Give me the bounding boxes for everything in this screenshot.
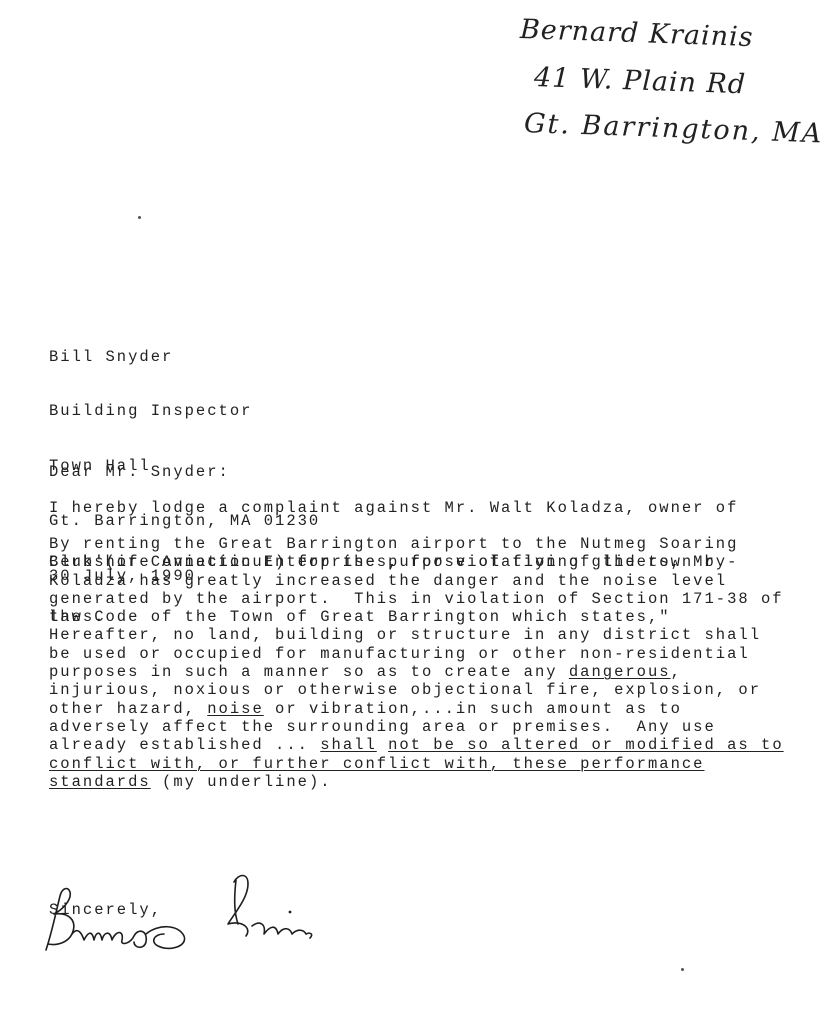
recipient-title: Building Inspector (49, 402, 320, 420)
letter-page: Bernard Krainis 41 W. Plain Rd Gt. Barri… (0, 0, 822, 1010)
text-segment: Hereafter, no land, building or structur… (49, 626, 761, 644)
paragraph-2: By renting the Great Barrington airport … (49, 535, 784, 791)
text-segment: By renting the Great Barrington airport … (49, 535, 738, 553)
paragraph-line: other hazard, noise or vibration,...in s… (49, 700, 784, 718)
paragraph-line: be used or occupied for manufacturing or… (49, 645, 784, 663)
paragraph-line: By renting the Great Barrington airport … (49, 535, 784, 553)
paragraph-line: injurious, noxious or otherwise objectio… (49, 681, 784, 699)
paragraph-line: Koladza has greatly increased the danger… (49, 572, 784, 590)
text-segment: Club'(of Connecticut) for the purpose of… (49, 553, 727, 571)
text-segment: Koladza has greatly increased the danger… (49, 572, 727, 590)
signature-scribble (38, 862, 338, 962)
recipient-name: Bill Snyder (49, 348, 320, 366)
text-segment: be used or occupied for manufacturing or… (49, 645, 750, 663)
handwritten-city: Gt. Barrington, MA 01. (523, 108, 822, 152)
text-segment: already established ... (49, 736, 320, 754)
text-segment: or vibration,...in such amount as to (264, 700, 682, 718)
text-segment: purposes in such a manner so as to creat… (49, 663, 569, 681)
handwritten-street: 41 W. Plain Rd (533, 62, 746, 100)
paragraph-line: I hereby lodge a complaint against Mr. W… (49, 499, 738, 517)
paragraph-line: conflict with, or further conflict with,… (49, 755, 784, 773)
underlined-text: shall (320, 736, 377, 754)
handwritten-name: Bernard Krainis (519, 14, 754, 53)
text-segment: the Code of the Town of Great Barrington… (49, 608, 671, 626)
underlined-text: not be so altered or modified as to (388, 736, 784, 754)
text-segment: (my underline). (151, 773, 332, 791)
text-segment: other hazard, (49, 700, 207, 718)
underlined-text: noise (207, 700, 264, 718)
text-segment: , (671, 663, 682, 681)
underlined-text: standards (49, 773, 151, 791)
paragraph-line: generated by the airport. This in violat… (49, 590, 784, 608)
scan-speck (681, 968, 684, 971)
paragraph-line: adversely affect the surrounding area or… (49, 718, 784, 736)
underlined-text: dangerous (569, 663, 671, 681)
underlined-text: conflict with, or further conflict with,… (49, 755, 705, 773)
text-segment: injurious, noxious or otherwise objectio… (49, 681, 761, 699)
paragraph-line: standards (my underline). (49, 773, 784, 791)
paragraph-line: Hereafter, no land, building or structur… (49, 626, 784, 644)
text-segment (377, 736, 388, 754)
paragraph-line: Club'(of Connecticut) for the purpose of… (49, 553, 784, 571)
text-segment: generated by the airport. This in violat… (49, 590, 784, 608)
paragraph-line: the Code of the Town of Great Barrington… (49, 608, 784, 626)
paragraph-line: purposes in such a manner so as to creat… (49, 663, 784, 681)
paragraph-line: already established ... shall not be so … (49, 736, 784, 754)
text-segment: adversely affect the surrounding area or… (49, 718, 716, 736)
scan-speck (138, 216, 141, 219)
